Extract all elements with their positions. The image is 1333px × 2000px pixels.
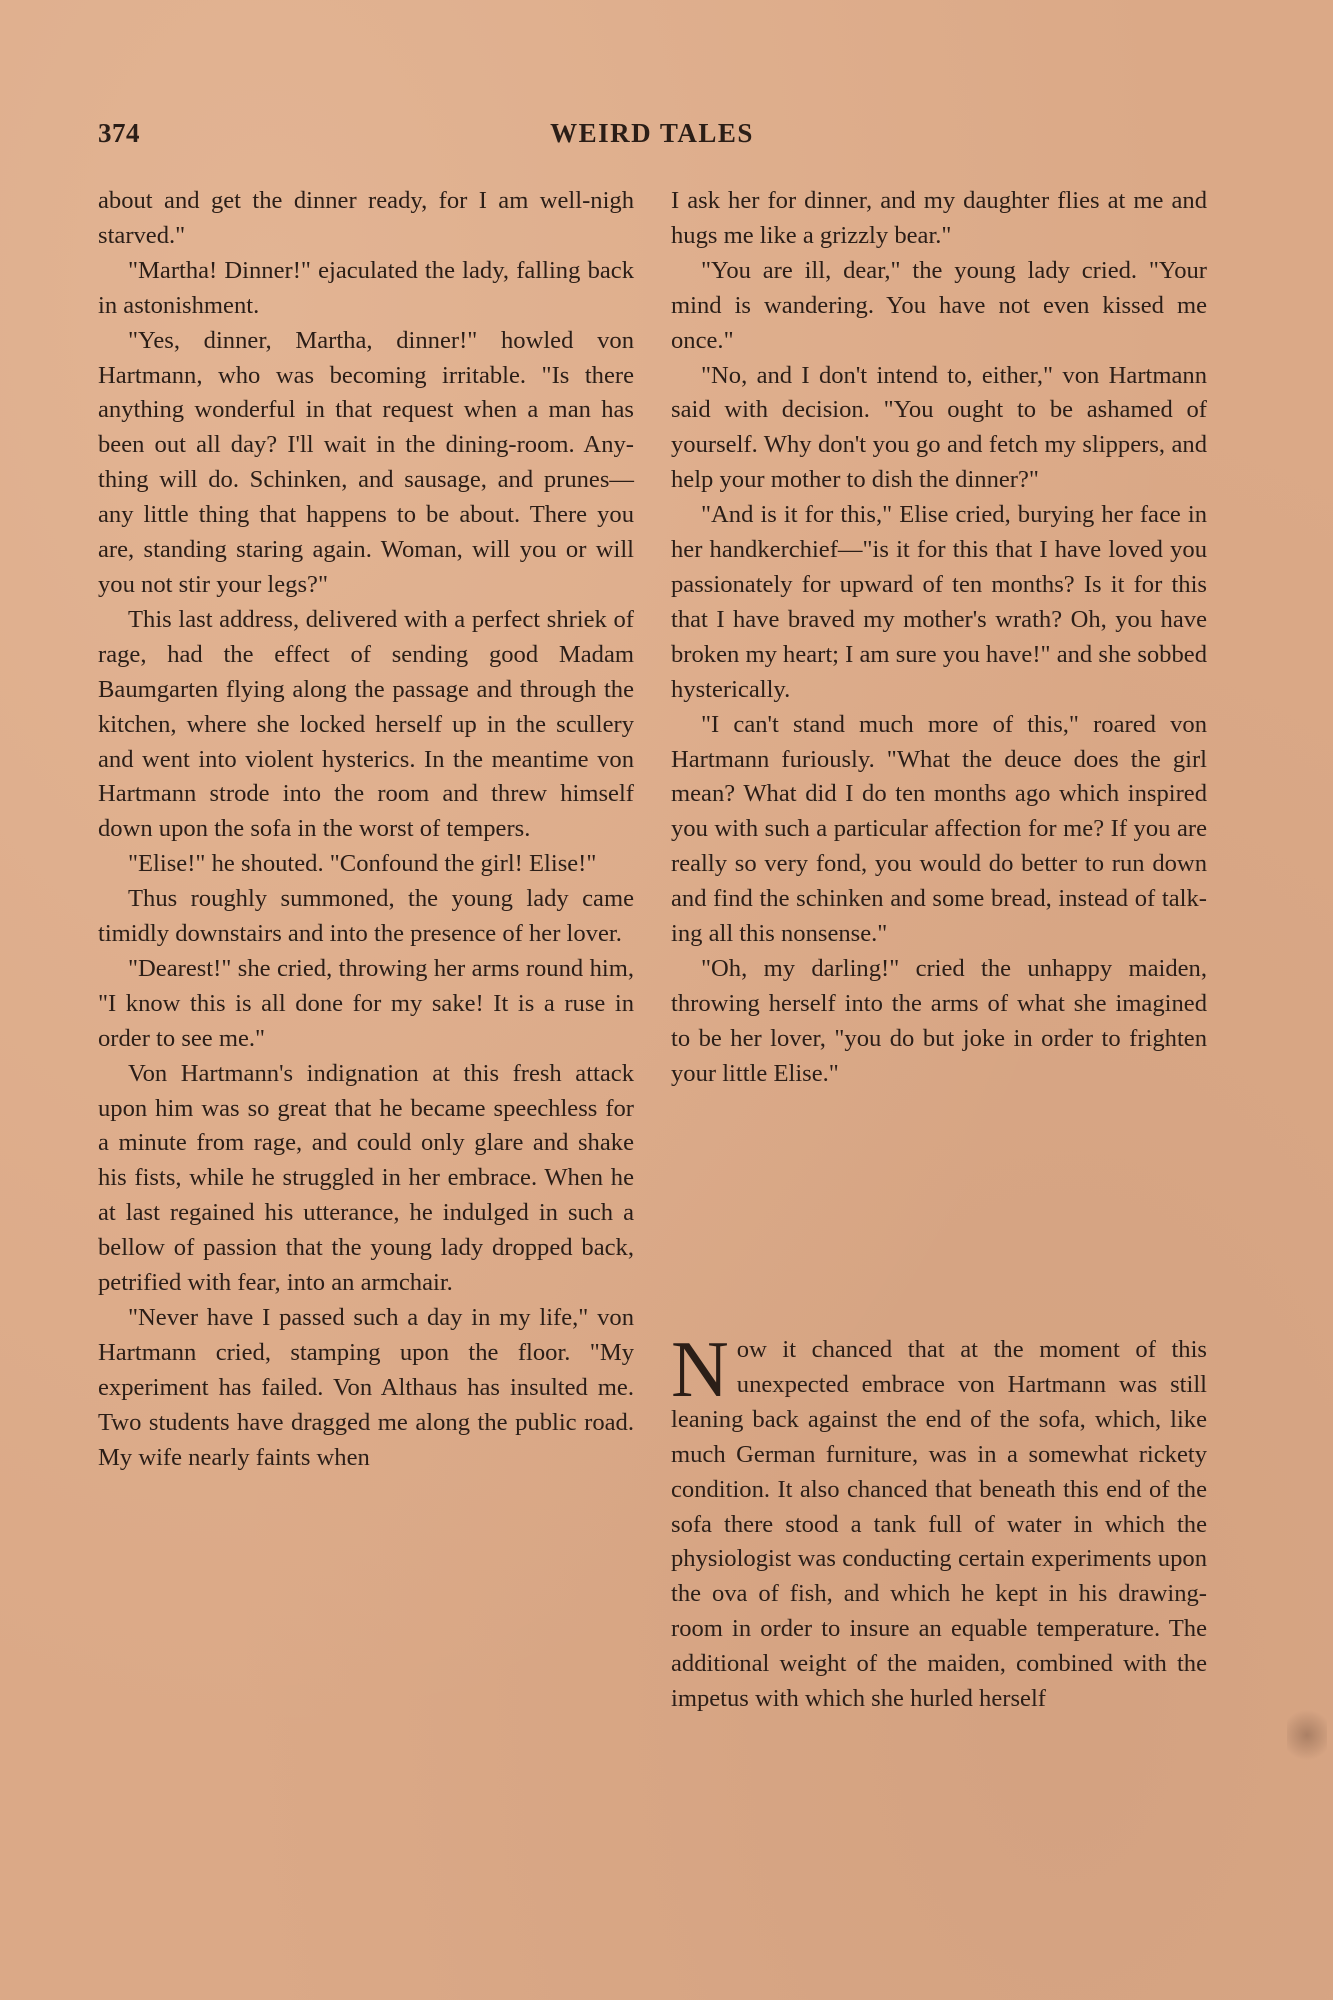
paragraph: Thus roughly summoned, the young lady ca… (98, 882, 634, 952)
paragraph: This last address, delivered with a per­… (98, 603, 634, 847)
paragraph: "Never have I passed such a day in my li… (98, 1301, 634, 1476)
paragraph: Von Hartmann's indignation at this fresh… (98, 1057, 634, 1301)
drop-cap: N (671, 1339, 729, 1401)
section-break-block: N ow it chanced that at the moment of th… (671, 1333, 1207, 1717)
paragraph: "Oh, my darling!" cried the unhappy maid… (671, 952, 1207, 1092)
paragraph: "You are ill, dear," the young lady crie… (671, 254, 1207, 359)
paragraph: "No, and I don't intend to, either," von… (671, 359, 1207, 499)
paragraph: "Elise!" he shouted. "Confound the girl!… (98, 847, 634, 882)
paragraph: "I can't stand much more of this," roare… (671, 708, 1207, 952)
paragraph: "Dearest!" she cried, throwing her arms … (98, 952, 634, 1057)
section-opening-paragraph: N ow it chanced that at the moment of th… (671, 1333, 1207, 1717)
right-column: I ask her for dinner, and my daughter fl… (671, 184, 1207, 1092)
section-opening-text: ow it chanced that at the moment of this… (671, 1336, 1207, 1712)
paragraph: about and get the dinner ready, for I am… (98, 184, 634, 254)
paragraph: "And is it for this," Elise cried, bury­… (671, 498, 1207, 707)
left-column: about and get the dinner ready, for I am… (98, 184, 634, 1476)
paragraph: I ask her for dinner, and my daughter fl… (671, 184, 1207, 254)
paragraph: "Martha! Dinner!" ejaculated the lady, f… (98, 254, 634, 324)
running-head: 374 WEIRD TALES (98, 118, 1206, 158)
magazine-title: WEIRD TALES (98, 118, 1206, 149)
magazine-page: 374 WEIRD TALES about and get the dinner… (0, 0, 1333, 2000)
paper-stain (1287, 1705, 1327, 1765)
paragraph: "Yes, dinner, Martha, dinner!" howled vo… (98, 324, 634, 603)
